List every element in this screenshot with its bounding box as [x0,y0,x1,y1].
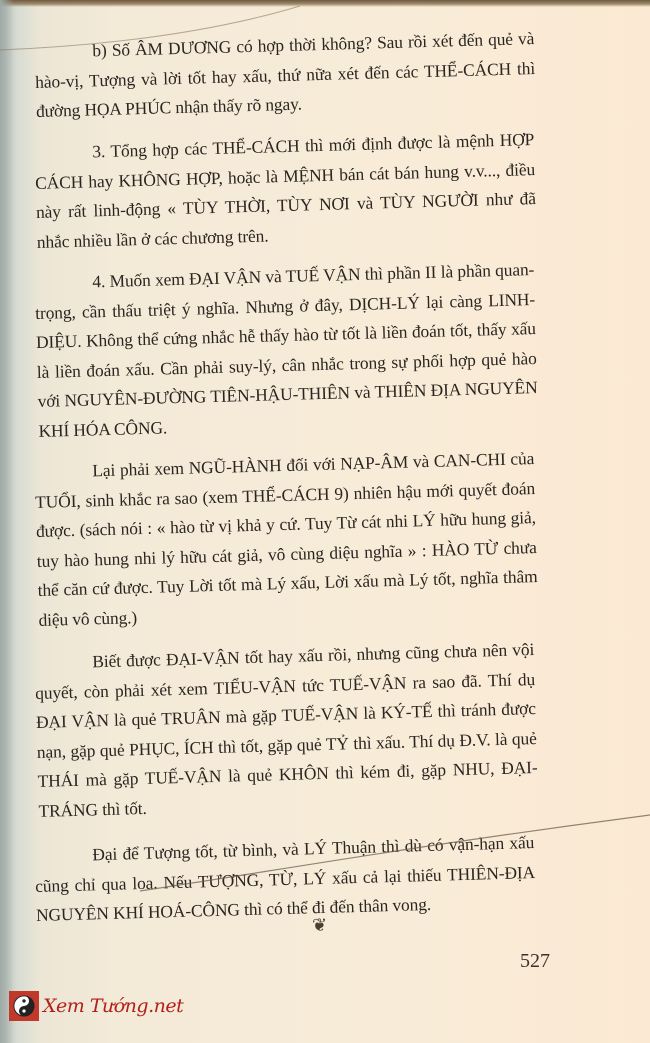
paragraph-3-tong-hop: 3. Tổng hợp các THỂ-CÁCH thì mới định đư… [34,125,537,257]
paragraph-ngu-hanh: Lại phải xem NGŨ-HÀNH đối với NẠP-ÂM và … [34,444,539,635]
page-number: 527 [520,950,550,973]
book-spine-shadow [0,0,14,1043]
paragraph-dai-de: Đại để Tượng tốt, từ bình, và LÝ Thuận t… [34,828,536,930]
paragraph-4-dai-van: 4. Muốn xem ĐẠI VẬN và TUẾ VẬN thì phần … [34,255,539,446]
ornament-fleuron: ❦ [312,915,327,936]
paragraph-am-duong: b) Số ÂM DƯƠNG có hợp thời không? Sau rồ… [34,24,536,126]
document-page: b) Số ÂM DƯƠNG có hợp thời không? Sau rồ… [34,38,534,942]
paragraph-tieu-van: Biết được ĐẠI-VẬN tốt hay xấu rồi, nhưng… [34,635,539,826]
yin-yang-icon [9,991,39,1021]
watermark-text: Xem Tướng.net [43,995,183,1017]
site-watermark: Xem Tướng.net [9,991,183,1021]
